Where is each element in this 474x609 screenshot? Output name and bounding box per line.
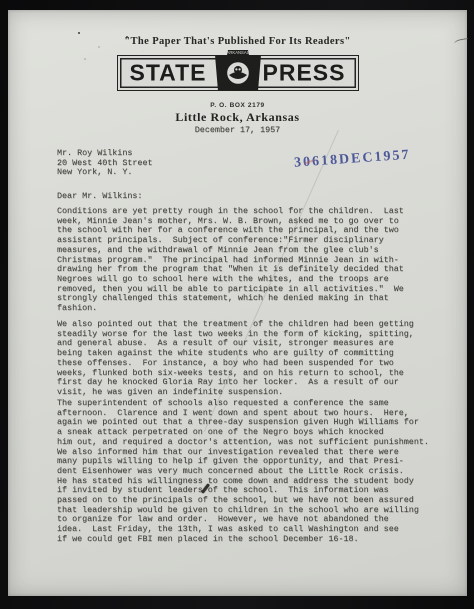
- paragraph-1: Conditions are yet pretty rough in the s…: [57, 207, 449, 314]
- received-date-stamp: 30618DEC1957: [294, 144, 460, 171]
- salutation: Dear Mr. Wilkins:: [57, 192, 142, 202]
- date-line: December 17, 1957: [8, 126, 467, 136]
- letter-page: "The Paper That's Published For Its Read…: [8, 10, 467, 596]
- emblem-arkansas-text: ARKANSAS: [226, 50, 249, 55]
- paragraph-3: The superintendent of schools also reque…: [57, 399, 449, 545]
- letterhead-tagline: "The Paper That's Published For Its Read…: [8, 36, 467, 47]
- state-press-logo: STATE PRESS ARKANSAS: [117, 55, 359, 91]
- letterhead-po-box: P. O. BOX 2179: [8, 102, 467, 109]
- letterhead-city: Little Rock, Arkansas: [8, 110, 467, 125]
- logo-word-press: PRESS: [263, 60, 346, 87]
- paragraph-2: We also pointed out that the treatment o…: [57, 320, 449, 398]
- recipient-address-block: Mr. Roy Wilkins 20 West 40th Street New …: [57, 149, 153, 178]
- logo-word-state: STATE: [130, 60, 207, 87]
- arkansas-keystone-emblem: ARKANSAS: [209, 49, 267, 97]
- ink-specks: [78, 32, 80, 34]
